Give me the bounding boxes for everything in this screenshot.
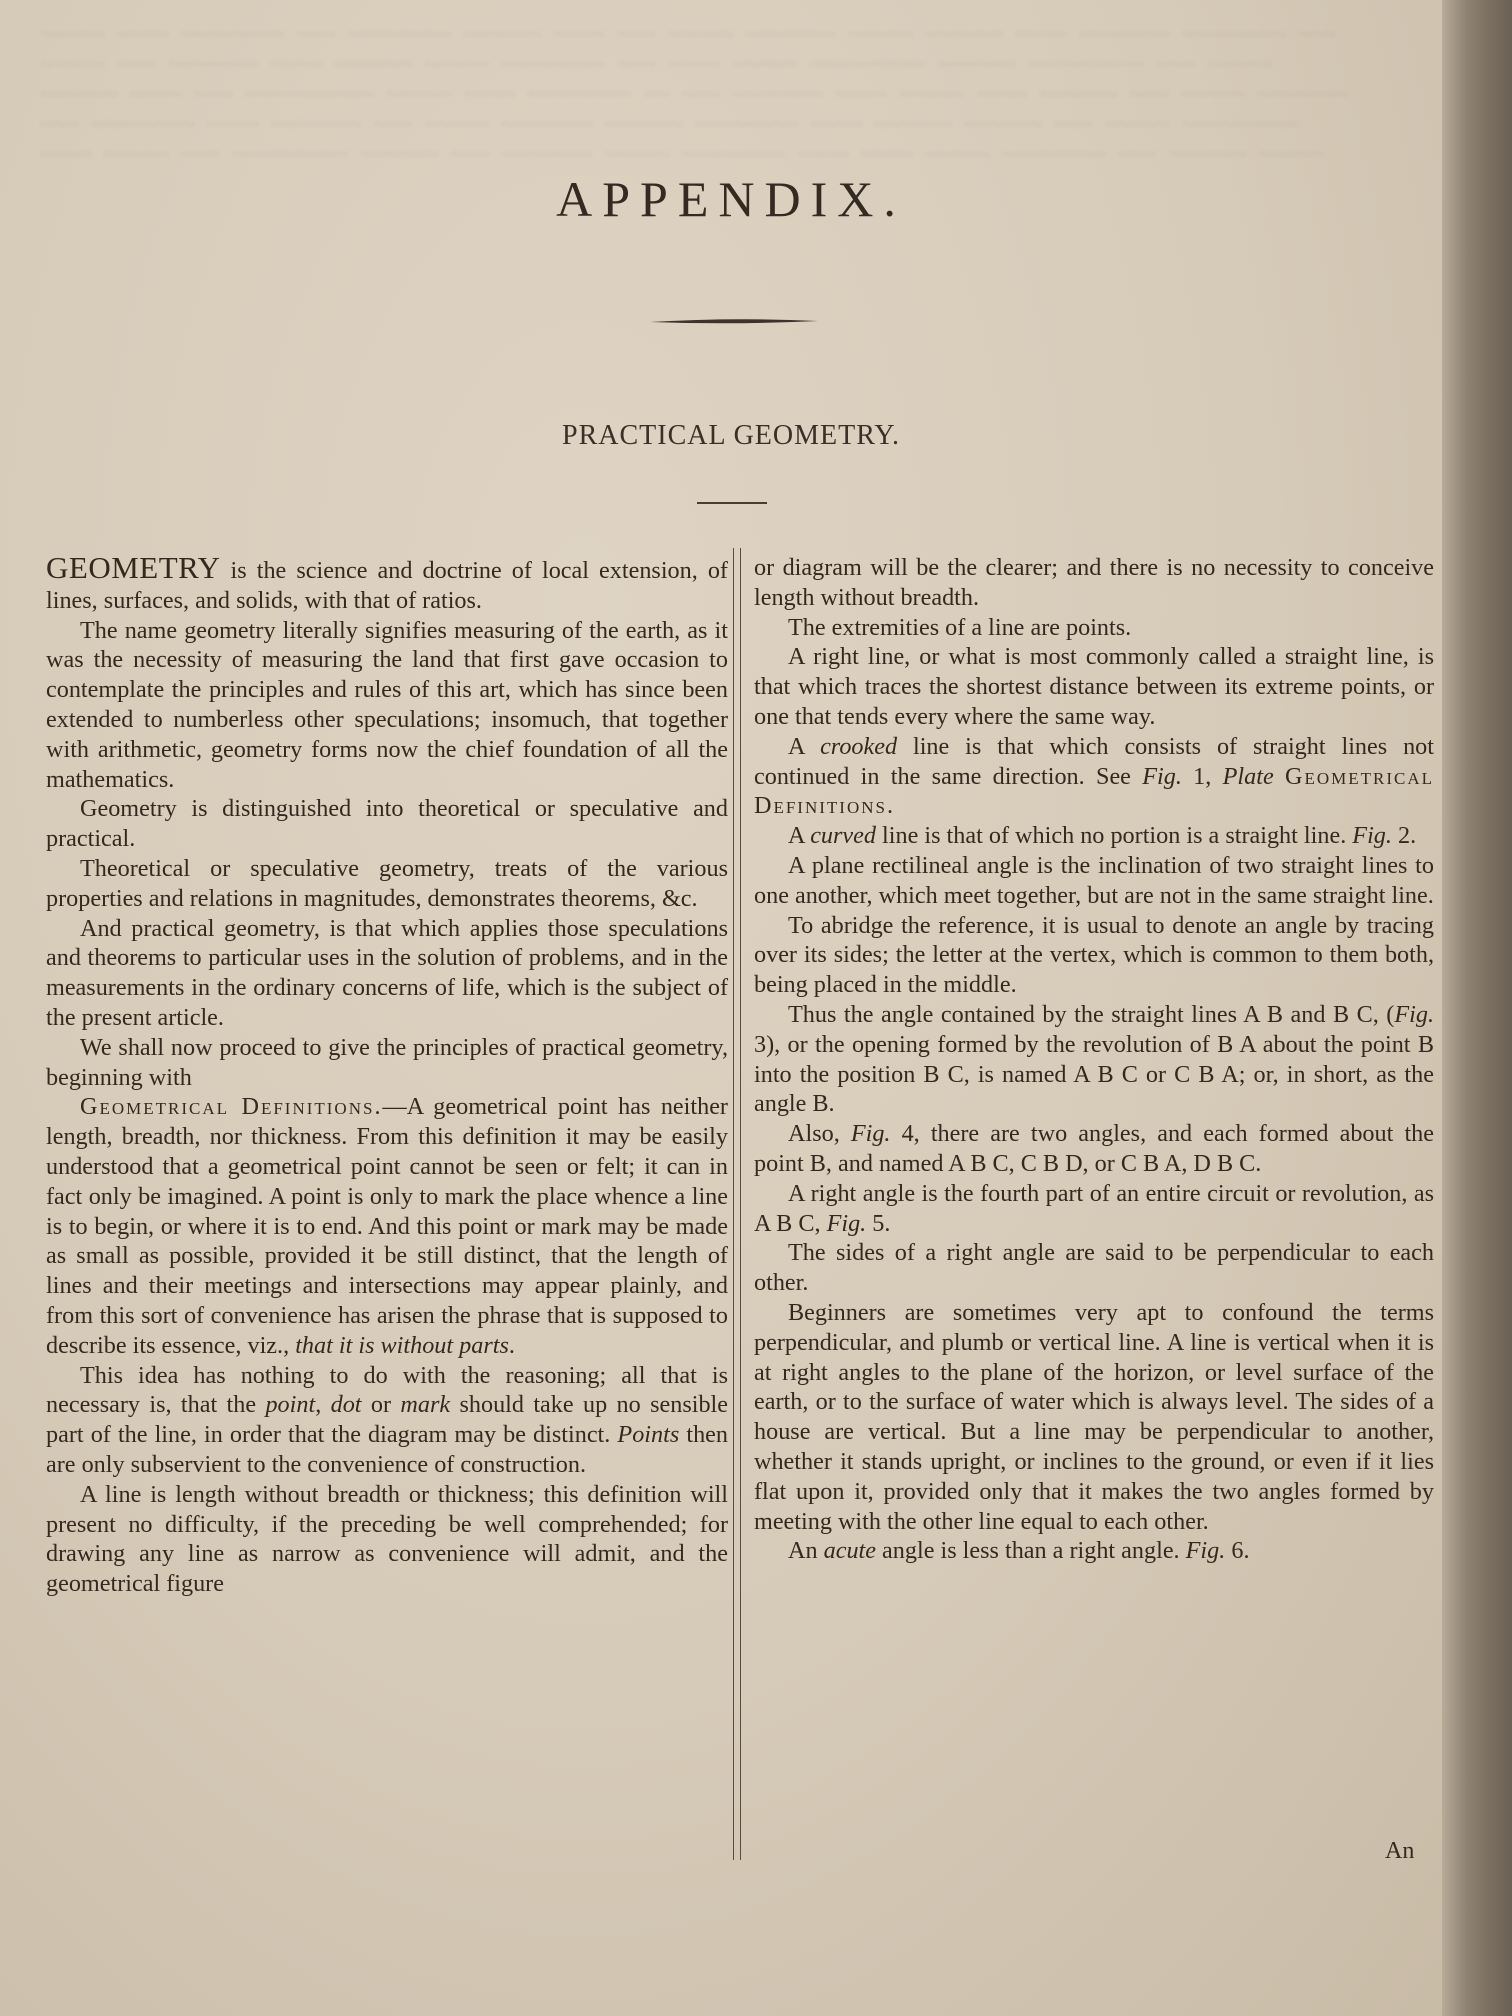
paragraph-curved-line: A curved line is that of which no portio…: [754, 821, 1434, 851]
right-column: or diagram will be the clearer; and ther…: [754, 553, 1434, 1566]
paragraph-crooked-line: A crooked line is that which consists of…: [754, 732, 1434, 821]
paragraph-extremities: The extremities of a line are points.: [754, 613, 1434, 643]
lead-word: GEOMETRY: [46, 550, 221, 585]
paragraph-perpendicular: The sides of a right angle are said to b…: [754, 1238, 1434, 1298]
paragraph-practical: And practical geometry, is that which ap…: [46, 914, 728, 1033]
paragraph-right-angle: A right angle is the fourth part of an e…: [754, 1179, 1434, 1239]
paragraph-plane-angle: A plane rectilineal angle is the inclina…: [754, 851, 1434, 911]
section-title: PRACTICAL GEOMETRY.: [0, 420, 1462, 452]
page-edge-shadow: [1442, 0, 1512, 2016]
paragraph-two-angles: Also, Fig. 4, there are two angles, and …: [754, 1119, 1434, 1179]
paragraph-point-definition: Geometrical Definitions.—A geometrical p…: [46, 1092, 728, 1360]
catchword: An: [1385, 1838, 1414, 1865]
paragraph-right-line: A right line, or what is most commonly c…: [754, 642, 1434, 731]
subheading-geometrical-definitions: Geometrical Definitions.: [80, 1093, 383, 1120]
paragraph-line-definition: A line is length without breadth or thic…: [46, 1480, 728, 1599]
show-through-text: ~~~~~ ~~~~ ~~~~~~~~ ~~~ ~~~~~~~~ ~~~~~~ …: [0, 0, 1402, 560]
column-divider: [733, 548, 741, 1860]
paragraph-proceed: We shall now proceed to give the princip…: [46, 1033, 728, 1093]
paragraph-etymology: The name geometry literally signifies me…: [46, 616, 728, 795]
paragraph-acute-angle: An acute angle is less than a right angl…: [754, 1536, 1434, 1566]
left-column: GEOMETRY is the science and doctrine of …: [46, 553, 728, 1599]
ornament-rule-icon: [650, 318, 818, 325]
paragraph-divisions: Geometry is distinguished into theoretic…: [46, 794, 728, 854]
book-page: ~~~~~ ~~~~ ~~~~~~~~ ~~~ ~~~~~~~~ ~~~~~~ …: [0, 0, 1462, 2016]
appendix-title: APPENDIX.: [0, 170, 1462, 228]
paragraph-theoretical: Theoretical or speculative geometry, tre…: [46, 854, 728, 914]
paragraph-vertical: Beginners are sometimes very apt to conf…: [754, 1298, 1434, 1536]
paragraph-abridge: To abridge the reference, it is usual to…: [754, 911, 1434, 1000]
paragraph-line-continued: or diagram will be the clearer; and ther…: [754, 553, 1434, 613]
paragraph-point-idea: This idea has nothing to do with the rea…: [46, 1361, 728, 1480]
paragraph-geometry-definition: GEOMETRY is the science and doctrine of …: [46, 553, 728, 616]
paragraph-angle-abc: Thus the angle contained by the straight…: [754, 1000, 1434, 1119]
section-divider: [697, 502, 767, 504]
